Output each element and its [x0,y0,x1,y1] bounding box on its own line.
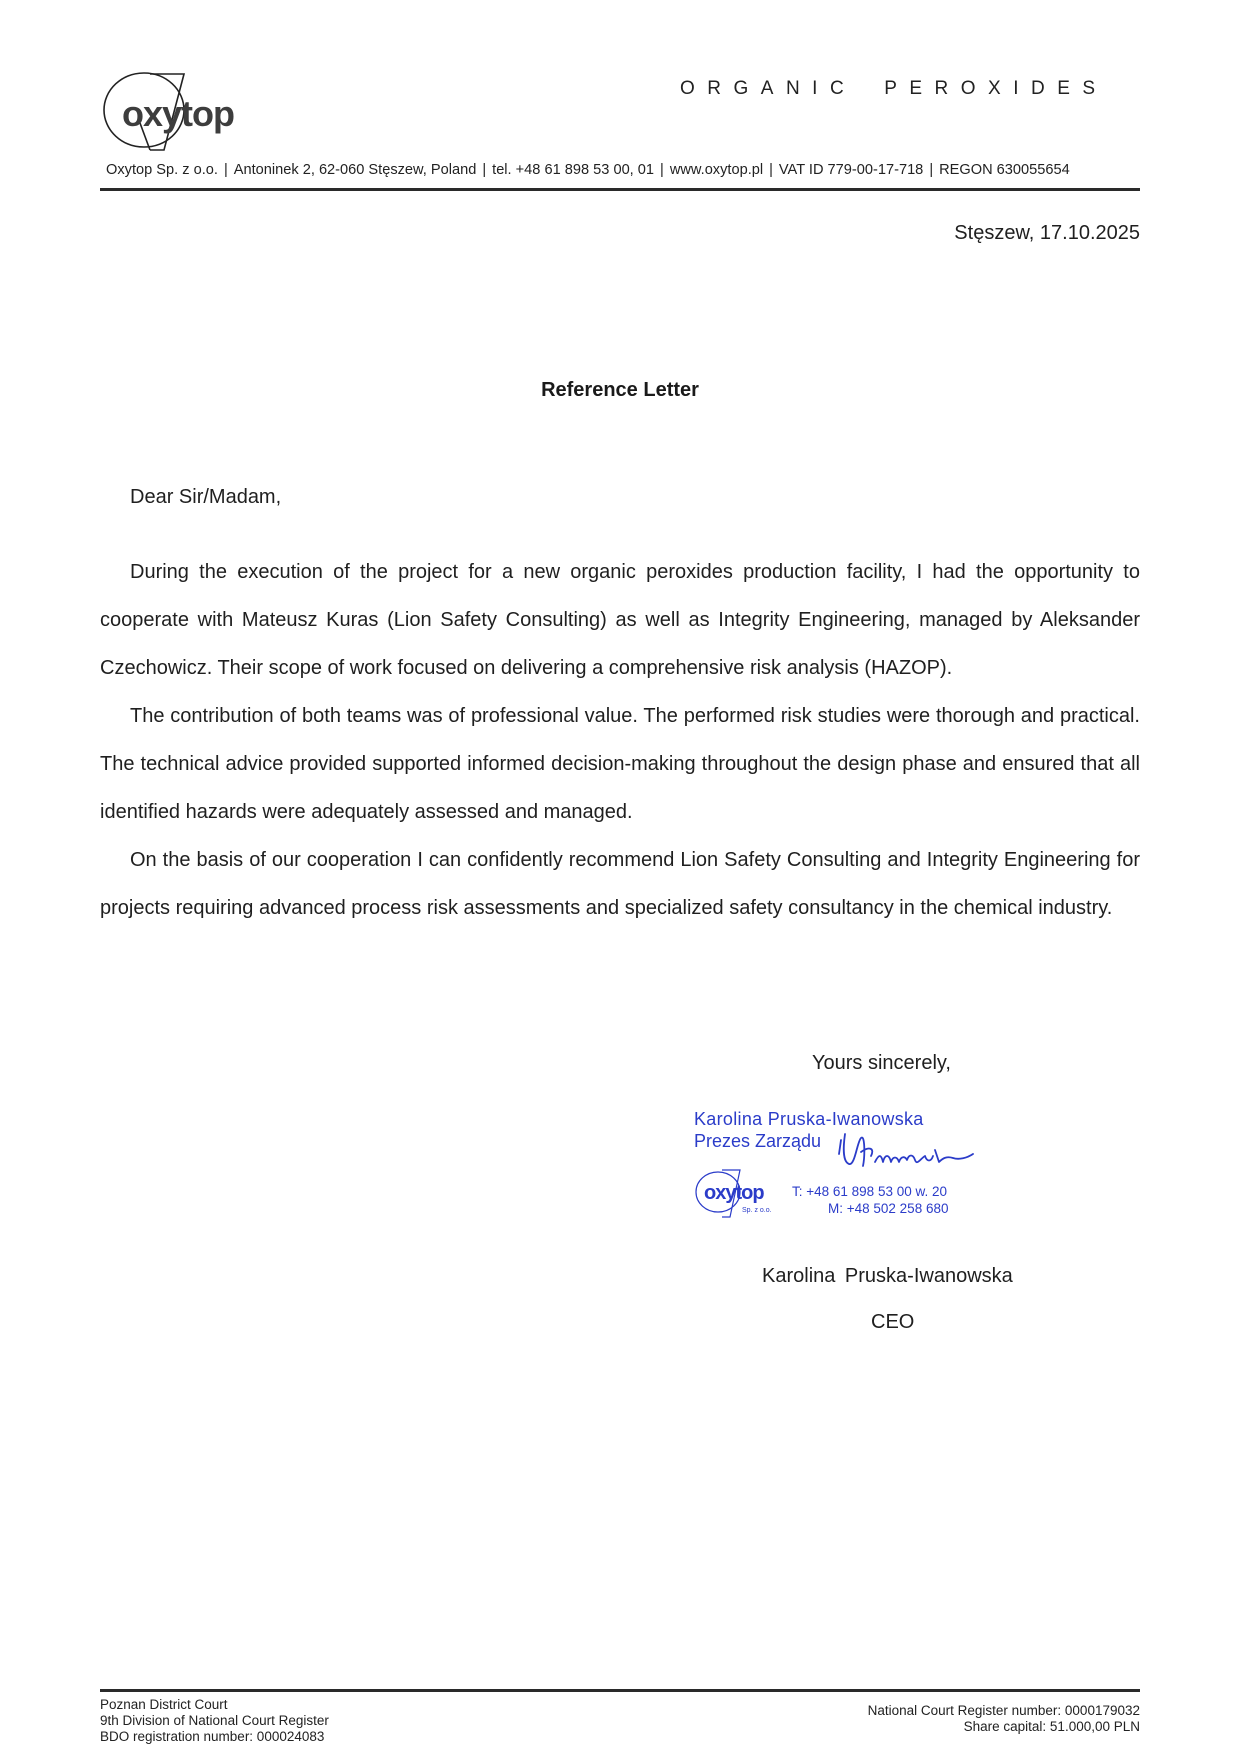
tagline-word-organic: ORGANIC [680,78,856,99]
company-logo: oxytop [100,68,270,152]
paragraph-text: On the basis of our cooperation I can co… [100,836,1140,932]
closing: Yours sincerely, [812,1052,951,1075]
signer-title: CEO [871,1311,914,1334]
company-info-line: Oxytop Sp. z o.o.|Antoninek 2, 62-060 St… [106,162,1070,178]
handwritten-signature-icon [835,1132,975,1192]
company-phone: tel. +48 61 898 53 00, 01 [492,162,654,178]
body-paragraph-3: On the basis of our cooperation I can co… [100,836,1140,932]
company-address: Antoninek 2, 62-060 Stęszew, Poland [234,162,477,178]
place-date: Stęszew, 17.10.2025 [954,222,1140,245]
letter-title: Reference Letter [0,379,1240,402]
footer-registration-info: Poznan District Court 9th Division of Na… [100,1697,329,1745]
footer-court: Poznan District Court [100,1697,329,1713]
company-name: Oxytop Sp. z o.o. [106,162,218,178]
company-website[interactable]: www.oxytop.pl [670,162,763,178]
footer-share-capital: Share capital: 51.000,00 PLN [868,1719,1140,1735]
salutation: Dear Sir/Madam, [130,486,281,509]
paragraph-text: During the execution of the project for … [100,548,1140,692]
header-divider [100,188,1140,191]
oxytop-logo-icon: oxytop [100,68,270,152]
signer-name: Karolina Pruska-Iwanowska [762,1265,1013,1288]
footer-company-numbers: National Court Register number: 00001790… [868,1703,1140,1735]
body-paragraph-1: During the execution of the project for … [100,548,1140,692]
paragraph-text: The contribution of both teams was of pr… [100,692,1140,836]
footer-krs-number: National Court Register number: 00001790… [868,1703,1140,1719]
tagline-word-peroxides: PEROXIDES [884,78,1107,99]
company-vat: VAT ID 779-00-17-718 [779,162,923,178]
stamp-name: Karolina Pruska-Iwanowska [694,1109,924,1130]
footer-bdo-number: BDO registration number: 000024083 [100,1729,329,1745]
company-tagline: ORGANICPEROXIDES [680,78,1108,100]
footer-divider [100,1689,1140,1692]
footer-division: 9th Division of National Court Register [100,1713,329,1729]
body-paragraph-2: The contribution of both teams was of pr… [100,692,1140,836]
company-regon: REGON 630055654 [939,162,1070,178]
stamp-logo-subtitle: Sp. z o.o. [742,1207,772,1214]
stamp-role: Prezes Zarządu [694,1131,821,1152]
stamp-mobile: M: +48 502 258 680 [828,1201,948,1216]
svg-text:oxytop: oxytop [704,1182,764,1204]
svg-text:oxytop: oxytop [122,93,234,134]
